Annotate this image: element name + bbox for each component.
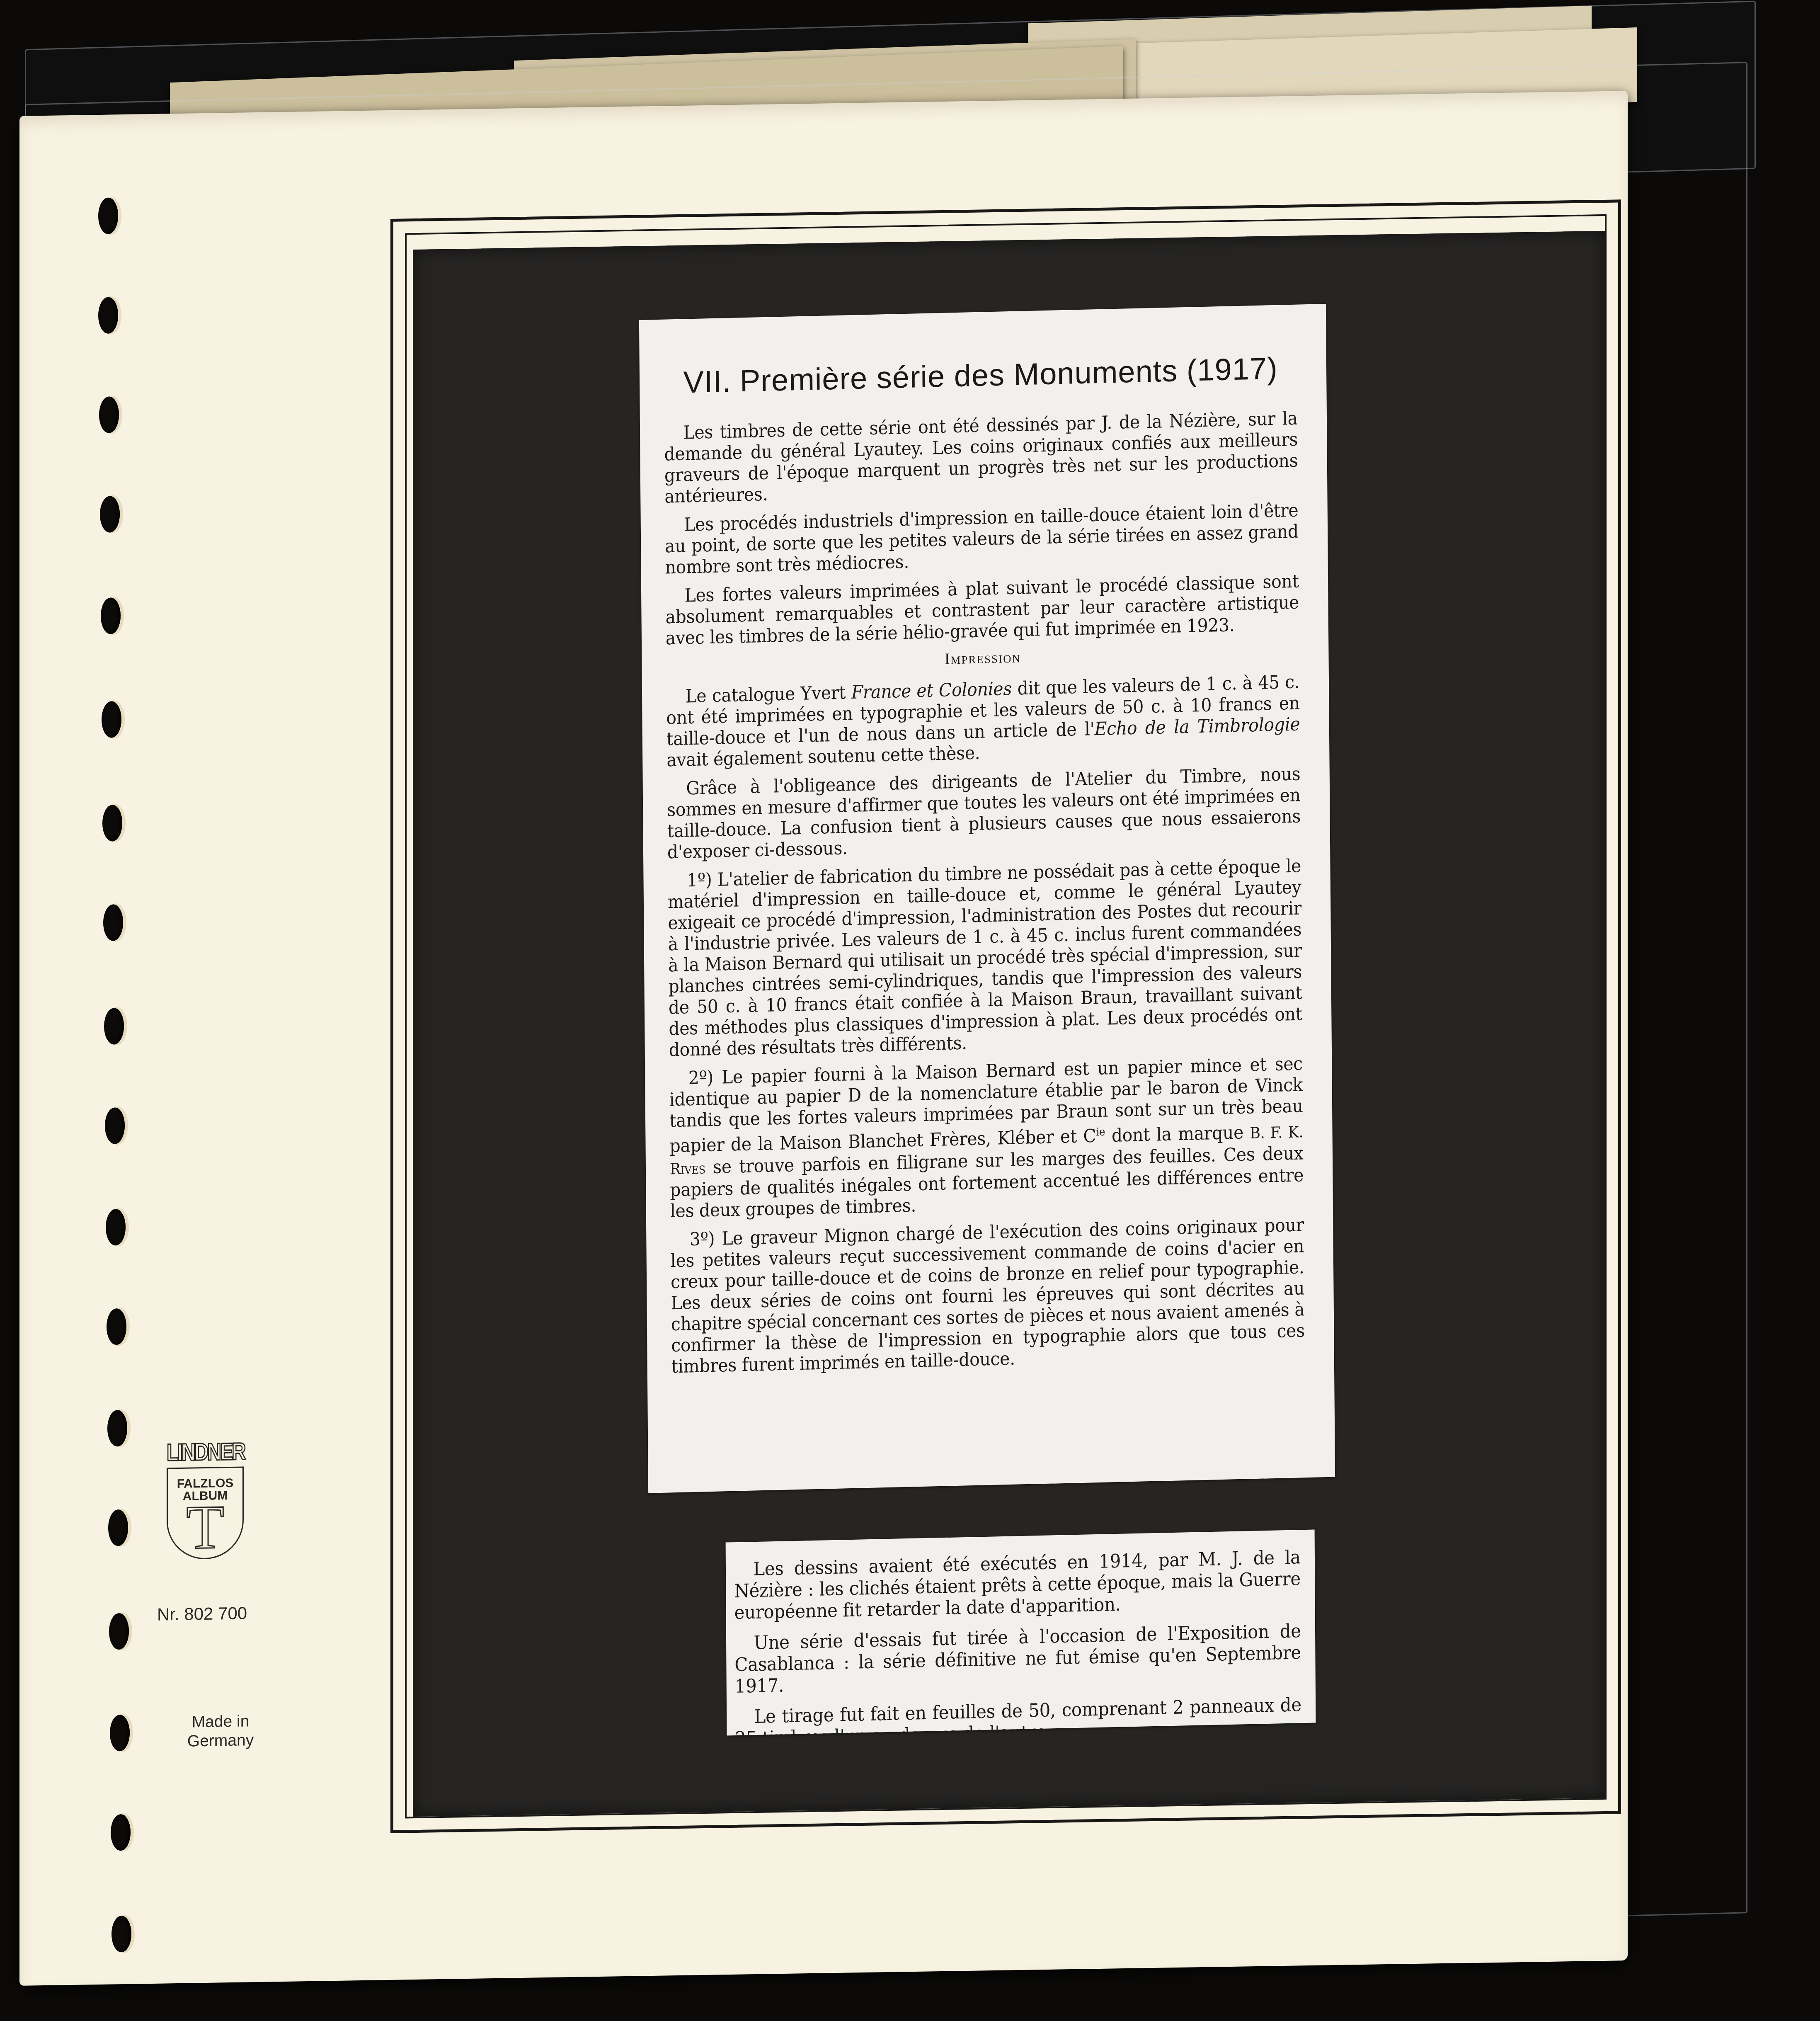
- binder-hole: [106, 1209, 126, 1246]
- page-frame: VII. Première série des Monuments (1917)…: [390, 199, 1621, 1833]
- binder-hole: [105, 1107, 125, 1144]
- binder-hole: [102, 701, 121, 738]
- binder-hole: [107, 1410, 127, 1447]
- made-in-germany: Made in Germany: [175, 1712, 266, 1751]
- secondary-paragraph: Une série d'essais fut tirée à l'occasio…: [734, 1620, 1301, 1697]
- lindner-logo: LINDNER FALZLOS ALBUM T: [167, 1439, 246, 1560]
- clipping-title: VII. Première série des Monuments (1917): [664, 350, 1298, 400]
- binder-hole: [100, 496, 120, 533]
- point-2-paragraph: 2º) Le papier fourni à la Maison Bernard…: [669, 1053, 1304, 1222]
- logo-emblem-t: T: [168, 1502, 242, 1553]
- binder-hole: [102, 805, 122, 842]
- binder-hole: [99, 396, 119, 433]
- logo-brand: LINDNER: [167, 1439, 232, 1465]
- point-1-paragraph: 1º) L'atelier de fabrication du timbre n…: [667, 855, 1302, 1060]
- main-clipping: VII. Première série des Monuments (1917)…: [639, 304, 1335, 1493]
- page-number: Nr. 802 700: [157, 1603, 247, 1624]
- secondary-paragraph: Le tirage fut fait en feuilles de 50, co…: [735, 1694, 1301, 1735]
- black-mount: VII. Première série des Monuments (1917)…: [413, 231, 1605, 1817]
- binder-hole: [107, 1308, 126, 1345]
- origin-line2: Germany: [175, 1731, 266, 1751]
- binder-hole: [109, 1613, 129, 1650]
- shield-icon: FALZLOS ALBUM T: [167, 1467, 244, 1560]
- intro-paragraph: Les timbres de cette série ont été dessi…: [664, 408, 1298, 507]
- binder-hole: [98, 297, 118, 334]
- binder-hole: [110, 1715, 130, 1752]
- grace-paragraph: Grâce à l'obligeance des dirigeants de l…: [667, 764, 1301, 863]
- secondary-paragraph: Les dessins avaient été exécutés en 1914…: [734, 1546, 1301, 1623]
- origin-line1: Made in: [175, 1712, 266, 1732]
- logo-line1: FALZLOS: [168, 1477, 242, 1491]
- binder-hole: [98, 197, 118, 234]
- binder-hole: [103, 904, 123, 941]
- binder-hole: [111, 1814, 131, 1851]
- intro-paragraph: Les procédés industriels d'impression en…: [665, 500, 1299, 578]
- secondary-clipping: Les dessins avaient été exécutés en 1914…: [726, 1530, 1316, 1736]
- album-page: LINDNER FALZLOS ALBUM T Nr. 802 700 Made…: [19, 91, 1628, 1986]
- binder-hole: [111, 1916, 131, 1953]
- catalogue-paragraph: Le catalogue Yvert France et Colonies di…: [666, 672, 1300, 771]
- binder-hole: [101, 597, 121, 634]
- binder-hole: [104, 1008, 124, 1045]
- point-3-paragraph: 3º) Le graveur Mignon chargé de l'exécut…: [670, 1214, 1305, 1377]
- binder-hole: [108, 1509, 128, 1546]
- intro-paragraph: Les fortes valeurs imprimées à plat suiv…: [665, 571, 1299, 649]
